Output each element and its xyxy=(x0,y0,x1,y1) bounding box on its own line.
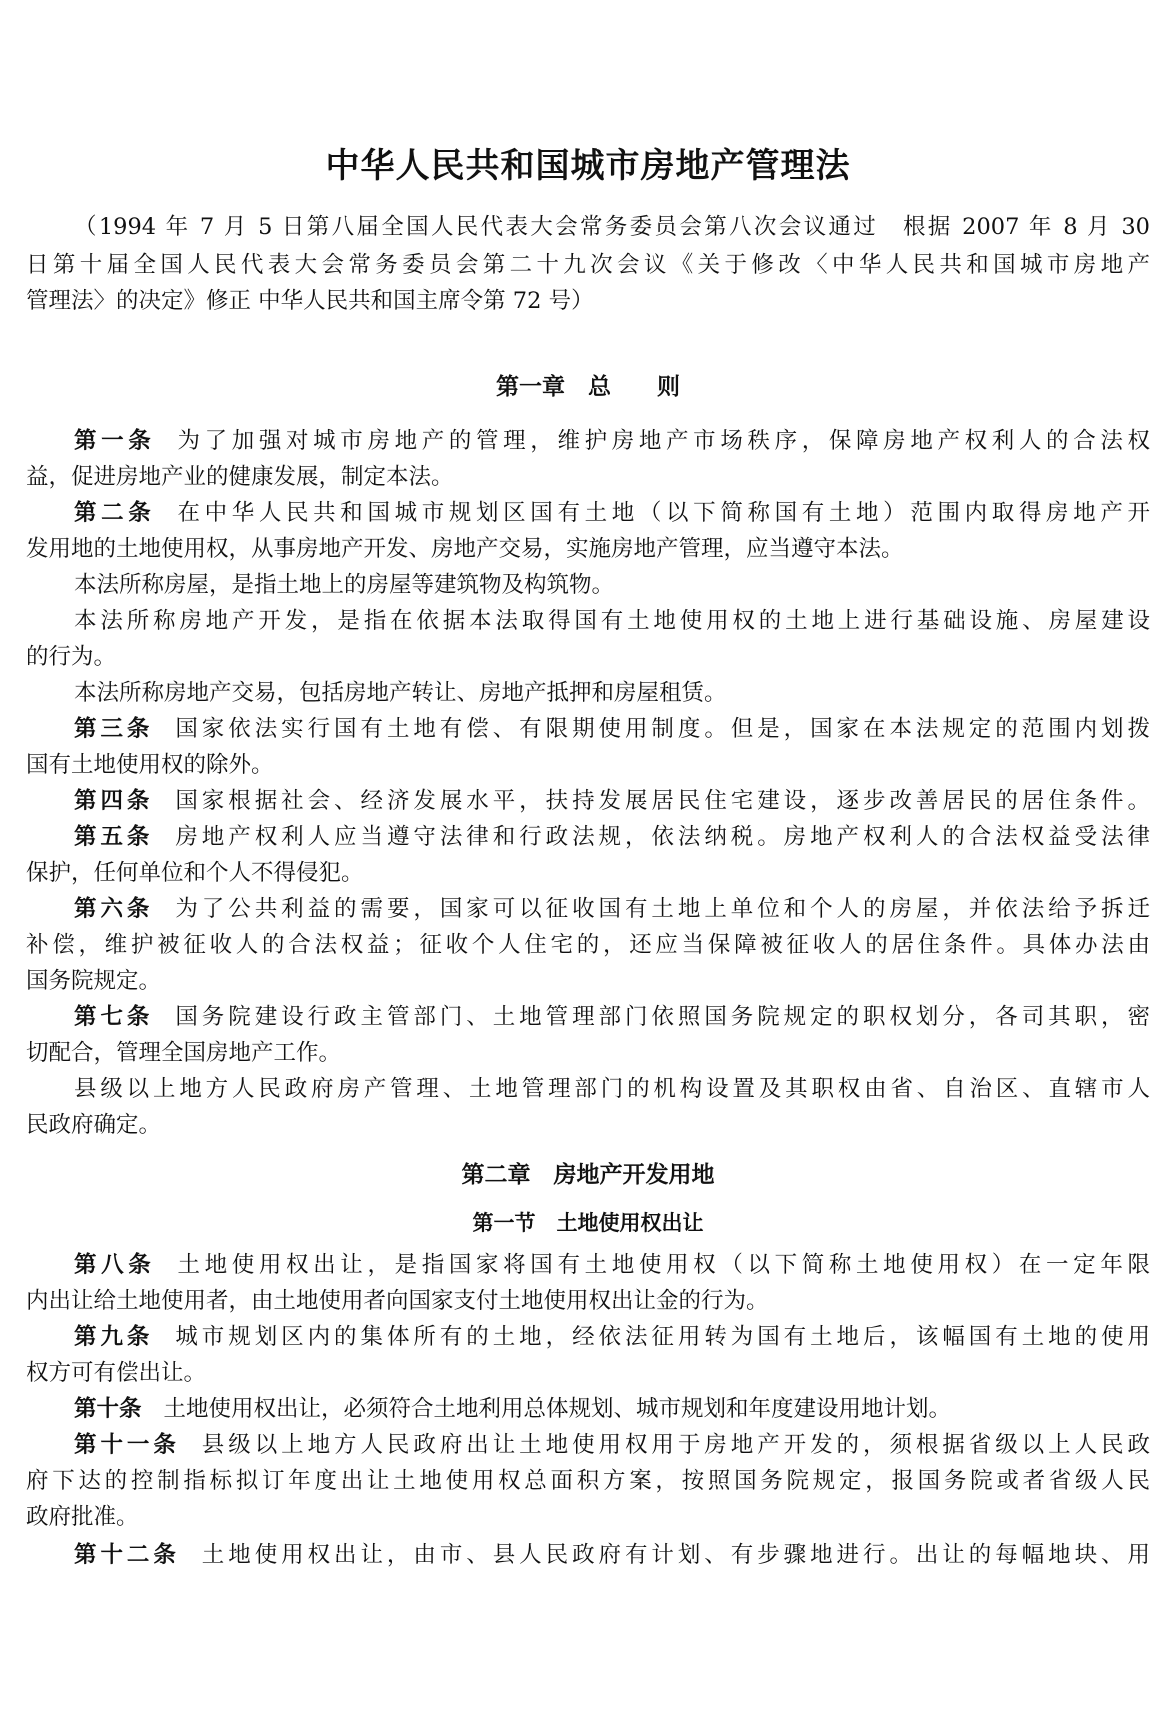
article-number: 第八条 xyxy=(74,1252,155,1278)
article-text: 土地使用权出让，必须符合土地利用总体规划、城市规划和年度建设用地计划。 xyxy=(164,1396,952,1422)
article-text: 国家依法实行国有土地有偿、有限期使用制度。但是，国家在本法规定的范围内划拨 xyxy=(175,716,1150,742)
article-number: 第四条 xyxy=(74,788,153,814)
article-number: 第六条 xyxy=(74,896,153,922)
article-line: 第九条城市规划区内的集体所有的土地，经依法征用转为国有土地后，该幅国有土地的使用 xyxy=(74,1322,1150,1352)
article-number: 第十条 xyxy=(74,1396,142,1422)
article-line: 益，促进房地产业的健康发展，制定本法。 xyxy=(26,462,1150,492)
article-line: 第四条国家根据社会、经济发展水平，扶持发展居民住宅建设，逐步改善居民的居住条件。 xyxy=(74,786,1150,816)
preamble-line: 日第十届全国人民代表大会常务委员会第二十九次会议《关于修改〈中华人民共和国城市房… xyxy=(26,250,1150,280)
article-text: 城市规划区内的集体所有的土地，经依法征用转为国有土地后，该幅国有土地的使用 xyxy=(175,1324,1150,1350)
article-line: 第六条为了公共利益的需要，国家可以征收国有土地上单位和个人的房屋，并依法给予拆迁 xyxy=(74,894,1150,924)
article-text: 国家根据社会、经济发展水平，扶持发展居民住宅建设，逐步改善居民的居住条件。 xyxy=(175,788,1150,814)
preamble-line: （1994 年 7 月 5 日第八届全国人民代表大会常务委员会第八次会议通过 根… xyxy=(74,212,1150,242)
article-line: 国务院规定。 xyxy=(26,966,1150,996)
article-line: 第一条为了加强对城市房地产的管理，维护房地产市场秩序，保障房地产权利人的合法权 xyxy=(74,426,1150,456)
article-line: 第七条国务院建设行政主管部门、土地管理部门依照国务院规定的职权划分，各司其职，密 xyxy=(74,1002,1150,1032)
article-line: 第十二条土地使用权出让，由市、县人民政府有计划、有步骤地进行。出让的每幅地块、用 xyxy=(74,1540,1150,1570)
article-number: 第十一条 xyxy=(74,1432,180,1458)
section-heading: 第一节 土地使用权出让 xyxy=(0,1208,1176,1238)
article-line: 第八条土地使用权出让，是指国家将国有土地使用权（以下简称土地使用权）在一定年限 xyxy=(74,1250,1150,1280)
article-text: 土地使用权出让，由市、县人民政府有计划、有步骤地进行。出让的每幅地块、用 xyxy=(202,1542,1150,1568)
article-text: 为了公共利益的需要，国家可以征收国有土地上单位和个人的房屋，并依法给予拆迁 xyxy=(175,896,1150,922)
article-number: 第一条 xyxy=(74,428,155,454)
article-line: 第二条在中华人民共和国城市规划区国有土地（以下简称国有土地）范围内取得房地产开 xyxy=(74,498,1150,528)
article-number: 第三条 xyxy=(74,716,153,742)
article-line: 第十条土地使用权出让，必须符合土地利用总体规划、城市规划和年度建设用地计划。 xyxy=(74,1394,1150,1424)
article-line: 第三条国家依法实行国有土地有偿、有限期使用制度。但是，国家在本法规定的范围内划拨 xyxy=(74,714,1150,744)
article-text: 县级以上地方人民政府出让土地使用权用于房地产开发的，须根据省级以上人民政 xyxy=(202,1432,1150,1458)
article-line: 保护，任何单位和个人不得侵犯。 xyxy=(26,858,1150,888)
article-line: 的行为。 xyxy=(26,642,1150,672)
article-text: 国务院建设行政主管部门、土地管理部门依照国务院规定的职权划分，各司其职，密 xyxy=(175,1004,1150,1030)
article-line: 切配合，管理全国房地产工作。 xyxy=(26,1038,1150,1068)
article-number: 第二条 xyxy=(74,500,155,526)
article-text: 为了加强对城市房地产的管理，维护房地产市场秩序，保障房地产权利人的合法权 xyxy=(177,428,1150,454)
article-line: 权方可有偿出让。 xyxy=(26,1358,1150,1388)
article-line: 补偿，维护被征收人的合法权益；征收个人住宅的，还应当保障被征收人的居住条件。具体… xyxy=(26,930,1150,960)
article-line: 第十一条县级以上地方人民政府出让土地使用权用于房地产开发的，须根据省级以上人民政 xyxy=(74,1430,1150,1460)
article-line: 本法所称房地产交易，包括房地产转让、房地产抵押和房屋租赁。 xyxy=(74,678,1150,708)
article-line: 国有土地使用权的除外。 xyxy=(26,750,1150,780)
chapter-heading: 第一章 总 则 xyxy=(0,372,1176,402)
article-line: 内出让给土地使用者，由土地使用者向国家支付土地使用权出让金的行为。 xyxy=(26,1286,1150,1316)
article-line: 第五条房地产权利人应当遵守法律和行政法规，依法纳税。房地产权利人的合法权益受法律 xyxy=(74,822,1150,852)
article-text: 在中华人民共和国城市规划区国有土地（以下简称国有土地）范围内取得房地产开 xyxy=(177,500,1150,526)
article-text: 房地产权利人应当遵守法律和行政法规，依法纳税。房地产权利人的合法权益受法律 xyxy=(175,824,1150,850)
document-page: 中华人民共和国城市房地产管理法 （1994 年 7 月 5 日第八届全国人民代表… xyxy=(0,0,1176,1709)
article-text: 土地使用权出让，是指国家将国有土地使用权（以下简称土地使用权）在一定年限 xyxy=(177,1252,1150,1278)
preamble-line: 管理法〉的决定》修正 中华人民共和国主席令第 72 号） xyxy=(26,286,1150,316)
document-title: 中华人民共和国城市房地产管理法 xyxy=(0,138,1176,187)
article-number: 第五条 xyxy=(74,824,153,850)
article-number: 第七条 xyxy=(74,1004,153,1030)
article-line: 民政府确定。 xyxy=(26,1110,1150,1140)
article-line: 发用地的土地使用权，从事房地产开发、房地产交易，实施房地产管理，应当遵守本法。 xyxy=(26,534,1150,564)
article-line: 政府批准。 xyxy=(26,1502,1150,1532)
article-number: 第十二条 xyxy=(74,1542,180,1568)
article-line: 本法所称房屋，是指土地上的房屋等建筑物及构筑物。 xyxy=(74,570,1150,600)
article-line: 县级以上地方人民政府房产管理、土地管理部门的机构设置及其职权由省、自治区、直辖市… xyxy=(74,1074,1150,1104)
chapter-heading: 第二章 房地产开发用地 xyxy=(0,1160,1176,1190)
article-line: 本法所称房地产开发，是指在依据本法取得国有土地使用权的土地上进行基础设施、房屋建… xyxy=(74,606,1150,636)
article-number: 第九条 xyxy=(74,1324,153,1350)
article-line: 府下达的控制指标拟订年度出让土地使用权总面积方案，按照国务院规定，报国务院或者省… xyxy=(26,1466,1150,1496)
